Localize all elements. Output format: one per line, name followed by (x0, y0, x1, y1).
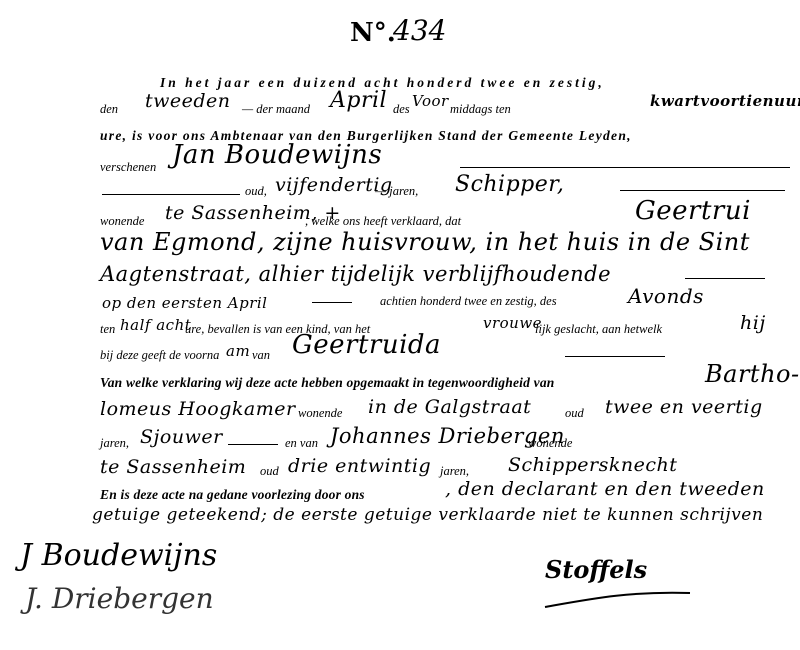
handwritten-birth-date: op den eersten April (102, 294, 267, 312)
printed-text: — jaren, (375, 184, 418, 199)
printed-text: en van (285, 436, 318, 451)
handwritten-time-period: Voor (412, 92, 449, 110)
handwritten-line-7: van Egmond, zijne huisvrouw, in het huis… (100, 228, 750, 256)
handwritten-witness2-age: drie entwintig (288, 455, 431, 477)
handwritten-occupation: Schipper, (455, 172, 564, 197)
printed-text: den (100, 102, 118, 117)
printed-text: — der maand (242, 102, 310, 117)
handwritten-pronoun: hij (740, 312, 766, 334)
printed-text: achtien honderd twee en zestig, des (380, 294, 557, 309)
handwritten-suffix: am (226, 342, 250, 360)
handwritten-child-name: Geertruida (292, 330, 441, 360)
handwritten-witness1-first: Bartho- (705, 360, 800, 388)
handwritten-witness1-age: twee en veertig (605, 396, 763, 418)
record-number-label: N°. (350, 18, 396, 48)
handwritten-line-8: Aagtenstraat, alhier tijdelijk verblijfh… (100, 262, 611, 286)
handwritten-witness1-occupation: Sjouwer (140, 426, 223, 448)
printed-text: wonende (298, 406, 342, 421)
handwritten-time: kwartvoortienuur (650, 92, 800, 110)
handwritten-sex: vrouwe (483, 314, 542, 332)
signature-declarant: J Boudewijns (20, 538, 217, 573)
handwritten-signers: , den declarant en den tweeden (445, 478, 765, 500)
fill-line (685, 278, 765, 279)
handwritten-witness2-residence: te Sassenheim (100, 456, 246, 478)
printed-text: ten (100, 322, 115, 337)
handwritten-day: tweeden (145, 90, 231, 112)
record-number-value: 434 (393, 14, 446, 47)
printed-line-16: En is deze acte na gedane voorlezing doo… (100, 487, 365, 503)
printed-text: bij deze geeft de voorna (100, 348, 219, 363)
printed-line-12: Van welke verklaring wij deze acte hebbe… (100, 375, 555, 391)
fill-line (312, 302, 352, 303)
fill-line (620, 190, 785, 191)
printed-text: des (393, 102, 410, 117)
printed-text: jaren, (440, 464, 469, 479)
handwritten-witness1-residence: in de Galgstraat (368, 396, 531, 418)
handwritten-mother-first-name: Geertrui (635, 196, 751, 226)
handwritten-declarant-name: Jan Boudewijns (172, 140, 382, 170)
printed-text: van (252, 348, 270, 363)
printed-text: verschenen (100, 160, 156, 175)
signature-flourish (540, 585, 700, 615)
fill-line (228, 444, 278, 445)
printed-text: lijk geslacht, aan hetwelk (535, 322, 662, 337)
handwritten-time-of-day: Avonds (628, 284, 704, 308)
fill-line (565, 356, 665, 357)
signature-witness: J. Driebergen (25, 582, 214, 615)
signature-registrar: Stoffels (545, 555, 647, 584)
fill-line (102, 194, 240, 195)
printed-text: , welke ons heeft verklaard, dat (305, 214, 461, 229)
fill-line (460, 167, 790, 168)
printed-text: oud (565, 406, 584, 421)
printed-text: oud (260, 464, 279, 479)
printed-text: jaren, (100, 436, 129, 451)
handwritten-witness1-name: lomeus Hoogkamer (100, 398, 296, 420)
handwritten-witness2-occupation: Schippersknecht (508, 454, 677, 476)
handwritten-birth-time: half acht (120, 316, 191, 334)
printed-text: middags ten (450, 102, 511, 117)
printed-text: oud, (245, 184, 267, 199)
handwritten-closing: getuige geteekend; de eerste getuige ver… (92, 505, 763, 525)
printed-text: wonende (528, 436, 572, 451)
printed-text: wonende (100, 214, 144, 229)
handwritten-month: April (330, 88, 387, 113)
